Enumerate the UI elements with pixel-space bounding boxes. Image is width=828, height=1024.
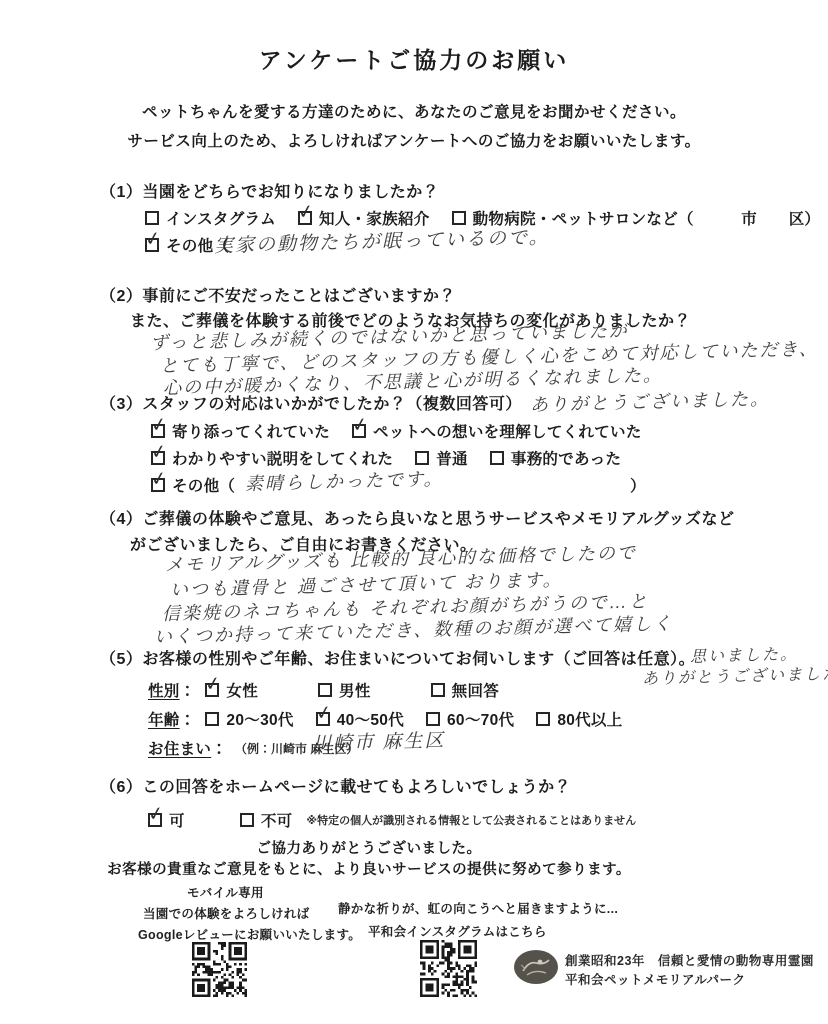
option-label: わかりやすい説明をしてくれた [172,447,393,469]
checkbox-icon [318,683,332,697]
checkbox-icon [452,211,466,225]
option-label: 寄り添ってくれていた [172,420,330,442]
brand-line2: 平和会ペットメモリアルパーク [565,970,746,988]
checkbox-icon [205,683,219,697]
q3-option-clear-explanation: わかりやすい説明をしてくれた [151,447,393,469]
option-label: 男性 [339,679,371,701]
q3-handwritten-answer: 素晴らしかったです。 [245,465,444,496]
q3-option-compassionate: 寄り添ってくれていた [151,420,330,442]
checkbox-icon [240,813,254,827]
q3-option-understood-feelings: ペットへの想いを理解してくれていた [352,420,642,442]
option-label: 20〜30代 [226,708,293,730]
checkbox-icon [151,424,165,438]
q6-privacy-note: ※特定の個人が識別される情報として公表されることはありません [306,812,636,828]
footer-insta-line2: 平和会インスタグラムはこちら [368,922,547,940]
q6-options-row: 可 不可 ※特定の個人が識別される情報として公表されることはありません [148,809,636,831]
option-label: インスタグラム [166,207,276,229]
checkbox-icon [426,712,440,726]
q5-gender-row: 性別： 女性 男性 無回答 [148,679,499,701]
q3-option-other: その他（ [151,474,235,496]
option-label: その他（ [172,474,235,496]
qr-code-google-review [192,942,247,997]
q3-option-businesslike: 事務的であった [490,447,621,469]
qr-code-instagram [420,940,477,997]
checkbox-icon [352,424,366,438]
q5-age-80plus: 80代以上 [536,708,622,730]
closing-line1: ご協力ありがとうございました。 [0,837,738,858]
q2-heading-line1: （2）事前にご不安だったことはございますか？ [100,283,456,306]
q5-age-20-30: 20〜30代 [205,708,293,730]
option-label: 事務的であった [511,447,621,469]
q5-gender-male: 男性 [318,679,371,701]
q2-handwritten-line4: ありがとうございました。 [530,385,771,417]
checkbox-icon [145,211,159,225]
option-label: 可 [169,809,185,831]
gender-label: 性別： [148,679,195,701]
footer-mobile-label: モバイル専用 [187,883,264,901]
q3-heading: （3）スタッフの対応はいかがでしたか？（複数回答可） [100,391,522,414]
q5-heading: （5）お客様の性別やご年齢、お住まいについてお伺いします（ご回答は任意）。 [100,646,695,669]
q4-heading-line1: （4）ご葬儀の体験やご意見、あったら良いなと思うサービスやメモリアルグッズなど [100,506,734,529]
checkbox-icon [205,712,219,726]
intro-line-1: ペットちゃんを愛する方達のために、あなたのご意見をお聞かせください。 [0,98,828,127]
q5-gender-noanswer: 無回答 [431,679,499,701]
q5-residence-handwritten: 川崎市 麻生区 [312,726,446,756]
intro-line-2: サービス向上のため、よろしければアンケートへのご協力をお願いいたします。 [0,127,828,156]
option-label: 女性 [226,679,258,701]
age-label: 年齢： [148,708,195,730]
q3-options-row1: 寄り添ってくれていた ペットへの想いを理解してくれていた [151,420,642,442]
checkbox-icon [316,712,330,726]
footer-google-line1: 当園での体験をよろしければ [143,904,309,922]
checkbox-icon [431,683,445,697]
q6-option-deny: 不可 [240,809,293,831]
footer-insta-line1: 静かな祈りが、虹の向こうへと届きますように... [338,899,618,917]
option-label: 80代以上 [557,708,622,730]
q1-heading: （1）当園をどちらでお知りになりましたか？ [100,179,439,202]
brand-line1: 創業昭和23年 信頼と愛情の動物専用霊園 [565,951,814,969]
q5-gender-female: 女性 [205,679,258,701]
q6-heading: （6）この回答をホームページに載せてもよろしいでしょうか？ [100,774,571,797]
page-title: アンケートご協力のお願い [0,42,828,75]
checkbox-icon [415,451,429,465]
closing-line2: お客様の貴重なご意見をもとに、より良いサービスの提供に努めて参ります。 [0,858,738,879]
option-label: 不可 [261,809,293,831]
checkbox-icon [298,211,312,225]
option-label: 無回答 [452,679,499,701]
residence-label: お住まい： [148,737,227,759]
option-label: ペットへの想いを理解してくれていた [373,420,642,442]
q6-option-allow: 可 [148,809,185,831]
checkbox-icon [151,478,165,492]
q1-option-instagram: インスタグラム [145,207,276,229]
checkbox-icon [151,451,165,465]
checkbox-icon [490,451,504,465]
intro-text: ペットちゃんを愛する方達のために、あなたのご意見をお聞かせください。 サービス向… [0,98,828,156]
heiwakai-logo [513,949,559,985]
option-label: 60〜70代 [447,708,514,730]
checkbox-icon [148,813,162,827]
checkbox-icon [536,712,550,726]
footer-google-line2: Googleレビューにお願いいたします。 [138,925,361,943]
checkbox-icon [145,238,159,252]
q3-other-row: その他（ [151,474,235,496]
q3-other-close-paren: ） [630,474,646,496]
survey-scan-page: アンケートご協力のお願い ペットちゃんを愛する方達のために、あなたのご意見をお聞… [0,0,828,1024]
